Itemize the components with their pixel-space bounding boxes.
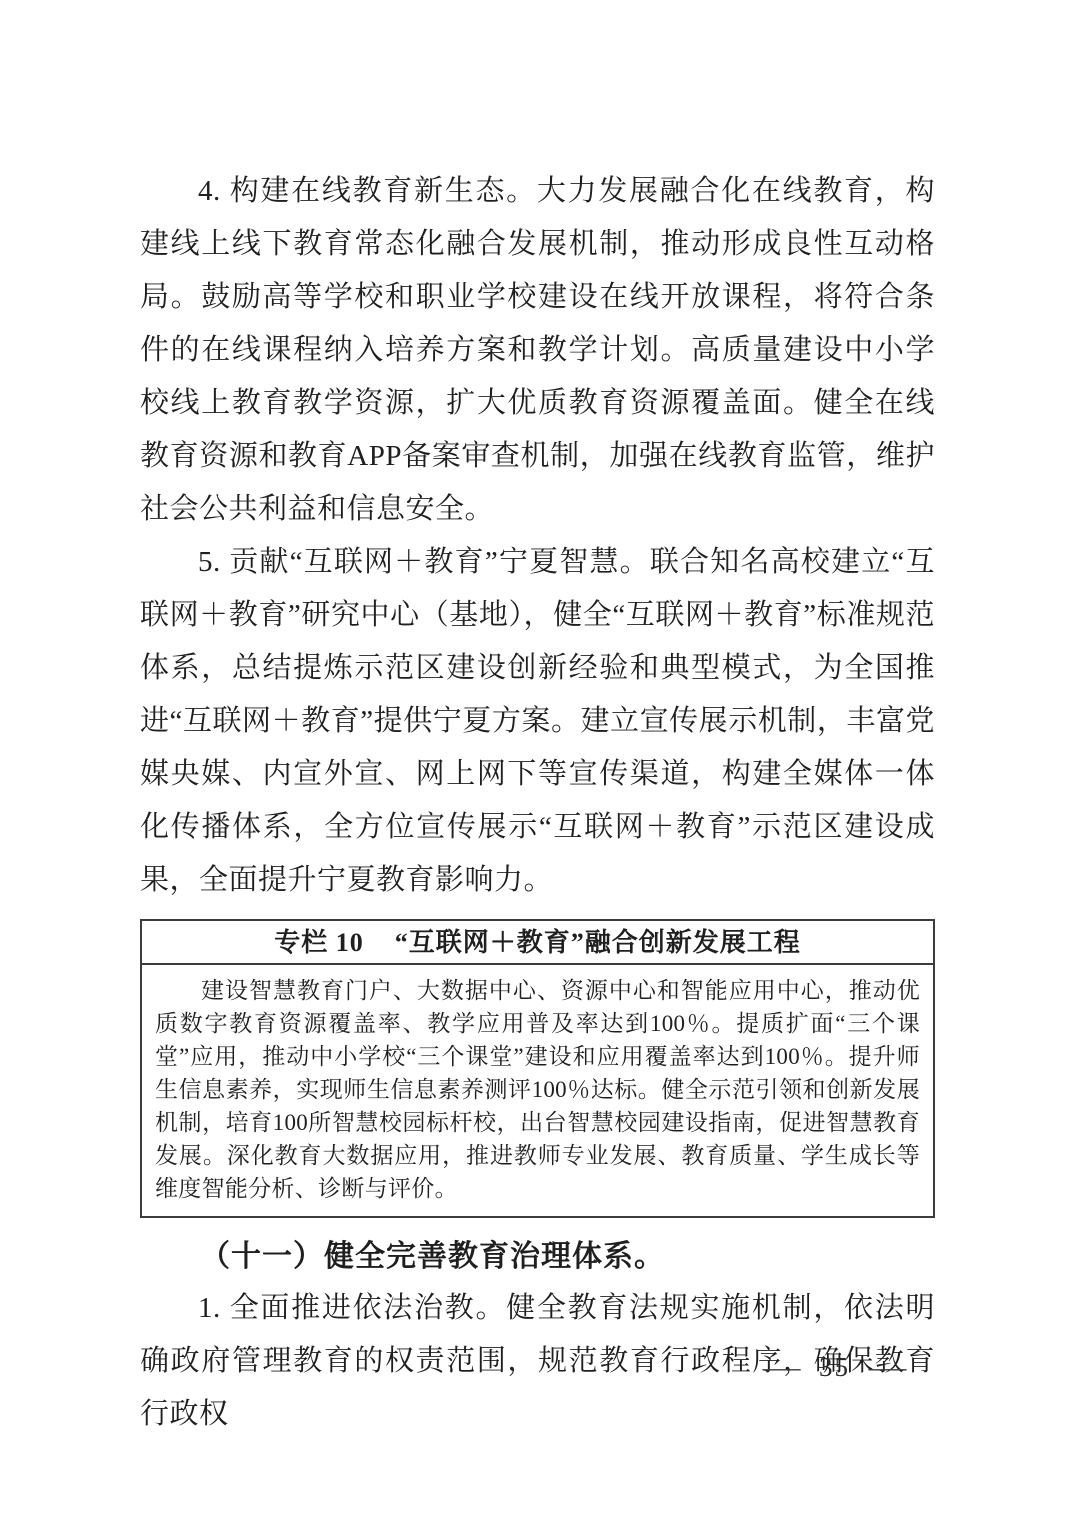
paragraph-5: 5. 贡献“互联网＋教育”宁夏智慧。联合知名高校建立“互联网＋教育”研究中心（基…: [140, 536, 935, 907]
column-box-title: “互联网＋教育”融合创新发展工程: [395, 928, 801, 957]
page-number: 35: [819, 1352, 850, 1383]
document-page: 4. 构建在线教育新生态。大力发展融合化在线教育，构建线上线下教育常态化融合发展…: [0, 0, 1074, 1520]
footer-dash-left: —: [763, 1352, 801, 1383]
column-box-label: 专栏 10: [274, 928, 364, 957]
page-footer: — 35 —: [768, 1352, 901, 1383]
column-box-header: 专栏 10 “互联网＋教育”融合创新发展工程: [142, 921, 933, 965]
page-content: 4. 构建在线教育新生态。大力发展融合化在线教育，构建线上线下教育常态化融合发展…: [140, 165, 935, 1441]
column-box: 专栏 10 “互联网＋教育”融合创新发展工程 建设智慧教育门户、大数据中心、资源…: [140, 919, 935, 1218]
footer-dash-right: —: [869, 1352, 907, 1383]
paragraph-4: 4. 构建在线教育新生态。大力发展融合化在线教育，构建线上线下教育常态化融合发展…: [140, 165, 935, 536]
column-box-body: 建设智慧教育门户、大数据中心、资源中心和智能应用中心，推动优质数字教育资源覆盖率…: [142, 965, 933, 1216]
section-heading: （十一）健全完善教育治理体系。: [140, 1232, 935, 1282]
